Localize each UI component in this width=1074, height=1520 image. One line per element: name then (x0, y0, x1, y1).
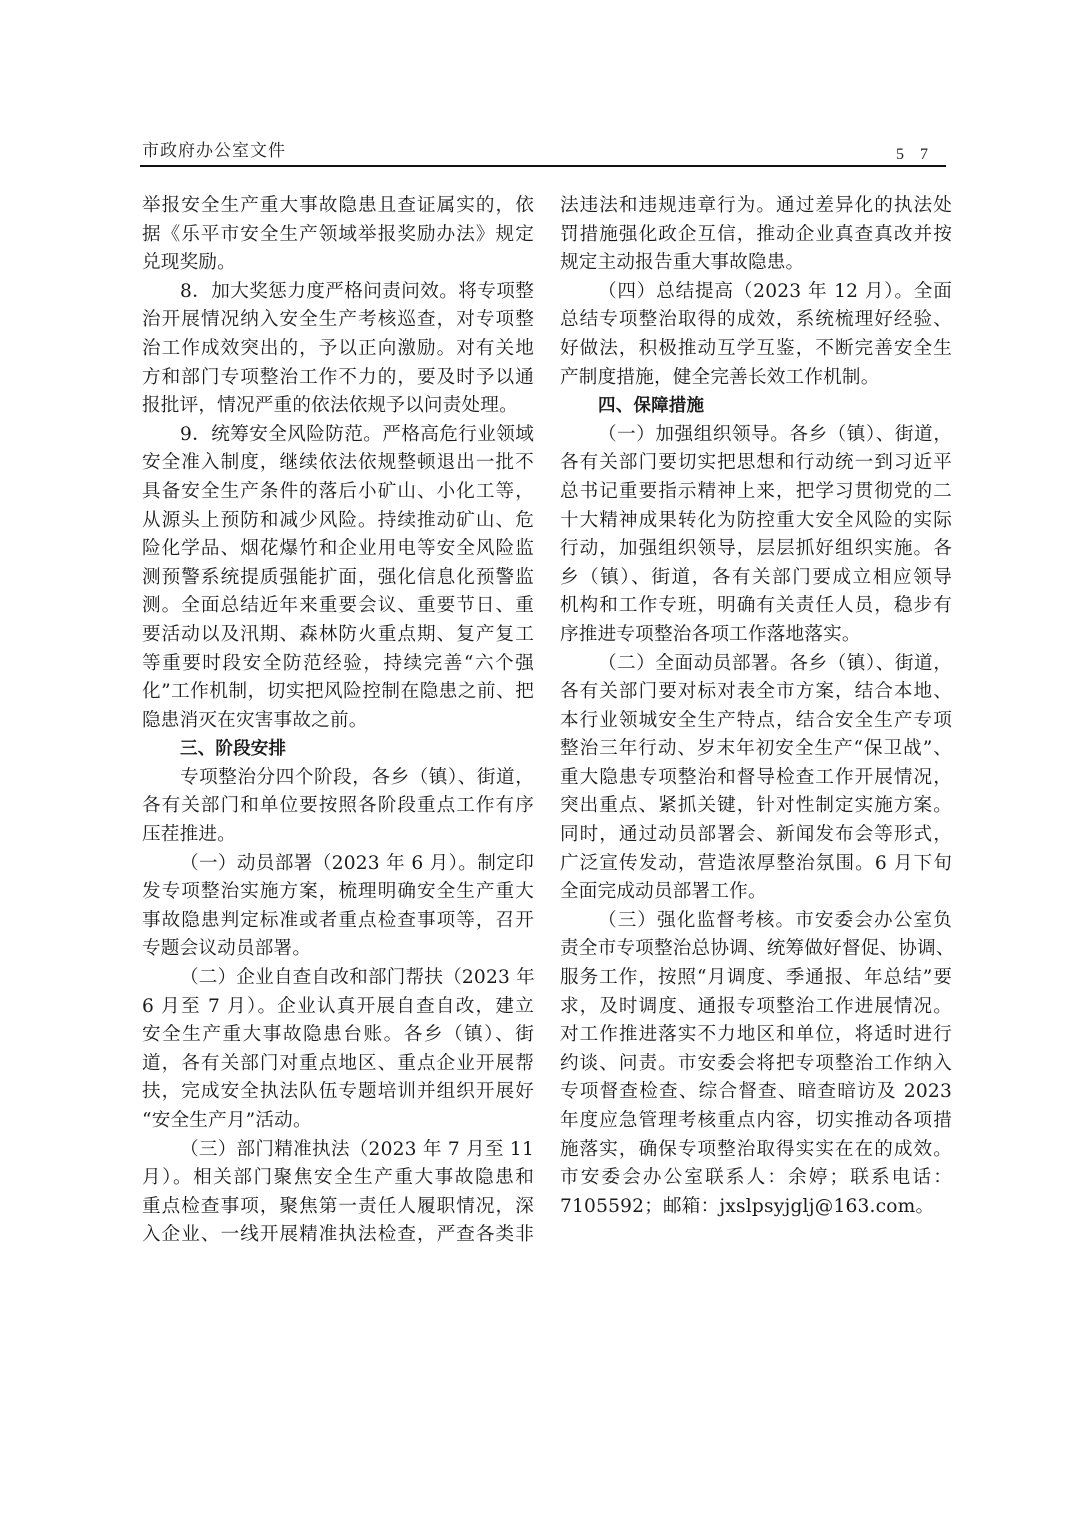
text-line: 事故隐患判定标准或者重点检查事项等，召开 (142, 907, 534, 936)
header-title: 市政府办公室文件 (142, 136, 286, 161)
text-line: 十大精神成果转化为防控重大安全风险的实际 (560, 507, 952, 536)
text-line: 安全生产重大事故隐患台账。各乡（镇）、街 (142, 1021, 534, 1050)
paragraph-start-line: （一）加强组织领导。各乡（镇）、街道， (560, 421, 952, 450)
paragraph-start-line: （四）总结提高（2023 年 12 月）。全面 (560, 278, 952, 307)
text-line: 扶，完成安全执法队伍专题培训并组织开展好 (142, 1078, 534, 1107)
text-line: 机构和工作专班，明确有关责任人员，稳步有 (560, 592, 952, 621)
left-column: 举报安全生产重大事故隐患且查证属实的，依据《乐平市安全生产领域举报奖励办法》规定… (142, 192, 534, 1250)
text-line: 各有关部门要切实把思想和行动统一到习近平 (560, 449, 952, 478)
text-line: 乡（镇）、街道，各有关部门要成立相应领导 (560, 564, 952, 593)
text-line: 据《乐平市安全生产领域举报奖励办法》规定 (142, 221, 534, 250)
text-line: 规定主动报告重大事故隐患。 (560, 249, 952, 278)
text-line: 从源头上预防和减少风险。持续推动矿山、危 (142, 507, 534, 536)
text-line: 安全准入制度，继续依法依规整顿退出一批不 (142, 449, 534, 478)
text-line: “安全生产月”活动。 (142, 1107, 534, 1136)
paragraph-start-line: （三）强化监督考核。市安委会办公室负 (560, 907, 952, 936)
text-line: 压茬推进。 (142, 821, 534, 850)
text-line: 治开展情况纳入安全生产考核巡查，对专项整 (142, 306, 534, 335)
text-line: 同时，通过动员部署会、新闻发布会等形式， (560, 821, 952, 850)
text-line: 总结专项整治取得的成效，系统梳理好经验、 (560, 306, 952, 335)
text-line: 兑现奖励。 (142, 249, 534, 278)
text-line: 好做法，积极推动互学互鉴，不断完善安全生 (560, 335, 952, 364)
paragraph-start-line: 8．加大奖惩力度严格问责问效。将专项整 (142, 278, 534, 307)
text-line: 6 月至 7 月）。企业认真开展自查自改，建立 (142, 993, 534, 1022)
text-line: 总书记重要指示精神上来，把学习贯彻党的二 (560, 478, 952, 507)
section-heading: 三、阶段安排 (142, 735, 534, 764)
paragraph-start-line: （三）部门精准执法（2023 年 7 月至 11 (142, 1136, 534, 1165)
text-line: 专项督查检查、综合督查、暗查暗访及 2023 (560, 1078, 952, 1107)
text-line: 法违法和违规违章行为。通过差异化的执法处 (560, 192, 952, 221)
text-line: 举报安全生产重大事故隐患且查证属实的，依 (142, 192, 534, 221)
text-line: 道，各有关部门对重点地区、重点企业开展帮 (142, 1050, 534, 1079)
text-line: 广泛宣传发动，营造浓厚整治氛围。6 月下旬 (560, 850, 952, 879)
text-line: 年度应急管理考核重点内容，切实推动各项措 (560, 1107, 952, 1136)
header-rule (140, 165, 946, 167)
paragraph-start-line: （二）企业自查自改和部门帮扶（2023 年 (142, 964, 534, 993)
text-line: 服务工作，按照“月调度、季通报、年总结”要 (560, 964, 952, 993)
text-line: 各有关部门和单位要按照各阶段重点工作有序 (142, 792, 534, 821)
text-line: 整治三年行动、岁末年初安全生产“保卫战”、 (560, 735, 952, 764)
text-line: 重大隐患专项整治和督导检查工作开展情况， (560, 764, 952, 793)
text-line: 行动，加强组织领导，层层抓好组织实施。各 (560, 535, 952, 564)
text-line: 要活动以及汛期、森林防火重点期、复产复工 (142, 621, 534, 650)
page-number: 5 7 (896, 146, 934, 164)
text-line: 报批评，情况严重的依法依规予以问责处理。 (142, 392, 534, 421)
text-line: 产制度措施，健全完善长效工作机制。 (560, 364, 952, 393)
paragraph-start-line: （二）全面动员部署。各乡（镇）、街道， (560, 650, 952, 679)
paragraph-start-line: 9．统筹安全风险防范。严格高危行业领域 (142, 421, 534, 450)
text-line: 测。全面总结近年来重要会议、重要节日、重 (142, 592, 534, 621)
text-line: 施落实，确保专项整治取得实实在在的成效。 (560, 1136, 952, 1165)
text-line: 责全市专项整治总协调、统筹做好督促、协调、 (560, 935, 952, 964)
text-line: 序推进专项整治各项工作落地落实。 (560, 621, 952, 650)
text-line: 方和部门专项整治工作不力的，要及时予以通 (142, 364, 534, 393)
text-line: 突出重点、紧抓关键，针对性制定实施方案。 (560, 792, 952, 821)
text-line: 本行业领城安全生产特点，结合安全生产专项 (560, 707, 952, 736)
text-line: 发专项整治实施方案，梳理明确安全生产重大 (142, 878, 534, 907)
right-column: 法违法和违规违章行为。通过差异化的执法处罚措施强化政企互信，推动企业真查真改并按… (560, 192, 952, 1221)
text-line: 治工作成效突出的，予以正向激励。对有关地 (142, 335, 534, 364)
section-heading: 四、保障措施 (560, 392, 952, 421)
text-line: 7105592；邮箱：jxslpsyjglj@163.com。 (560, 1193, 952, 1222)
text-line: 入企业、一线开展精准执法检查，严查各类非 (142, 1221, 534, 1250)
text-line: 险化学品、烟花爆竹和企业用电等安全风险监 (142, 535, 534, 564)
text-line: 对工作推进落实不力地区和单位，将适时进行 (560, 1021, 952, 1050)
running-header: 市政府办公室文件 5 7 (140, 128, 946, 168)
text-line: 各有关部门要对标对表全市方案，结合本地、 (560, 678, 952, 707)
text-line: 专题会议动员部署。 (142, 935, 534, 964)
text-line: 求，及时调度、通报专项整治工作进展情况。 (560, 993, 952, 1022)
text-line: 测预警系统提质强能扩面，强化信息化预警监 (142, 564, 534, 593)
text-line: 月）。相关部门聚焦安全生产重大事故隐患和 (142, 1164, 534, 1193)
text-line: 具备安全生产条件的落后小矿山、小化工等， (142, 478, 534, 507)
paragraph-start-line: （一）动员部署（2023 年 6 月）。制定印 (142, 850, 534, 879)
text-line: 重点检查事项，聚焦第一责任人履职情况，深 (142, 1193, 534, 1222)
text-line: 罚措施强化政企互信，推动企业真查真改并按 (560, 221, 952, 250)
paragraph-start-line: 专项整治分四个阶段，各乡（镇）、街道， (142, 764, 534, 793)
text-line: 约谈、问责。市安委会将把专项整治工作纳入 (560, 1050, 952, 1079)
text-line: 市安委会办公室联系人：余婷；联系电话： (560, 1164, 952, 1193)
text-line: 等重要时段安全防范经验，持续完善“六个强 (142, 650, 534, 679)
text-line: 隐患消灭在灾害事故之前。 (142, 707, 534, 736)
text-line: 化”工作机制，切实把风险控制在隐患之前、把 (142, 678, 534, 707)
text-line: 全面完成动员部署工作。 (560, 878, 952, 907)
